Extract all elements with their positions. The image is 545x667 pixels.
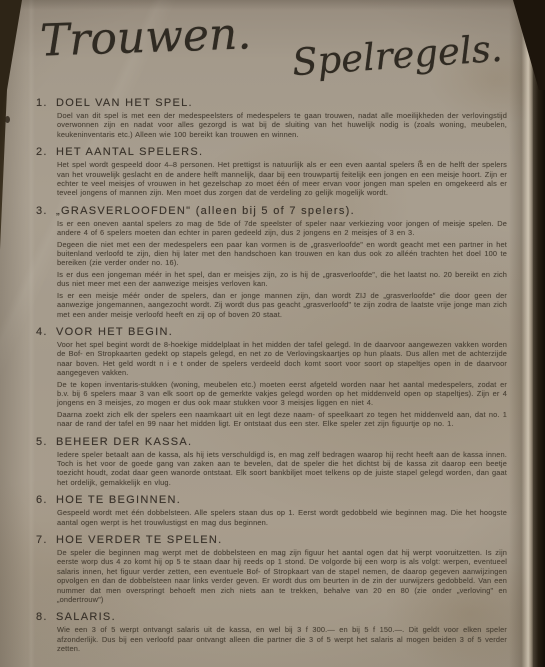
section-paragraph: Doel van dit spel is met een der medespe…	[57, 111, 507, 139]
section-doel: 1. DOEL VAN HET SPEL. Doel van dit spel …	[36, 97, 508, 139]
section-number: 8.	[36, 611, 51, 623]
section-number: 2.	[36, 146, 51, 158]
section-paragraph: Het spel wordt gespeeld door 4–8 persone…	[57, 160, 507, 198]
section-title: SALARIS.	[56, 611, 116, 623]
section-paragraph: Voor het spel begint wordt de 8-hoekige …	[57, 340, 507, 378]
photo-background: Trouwen. Spelregels. 1. DOEL VAN HET SPE…	[0, 0, 545, 667]
section-title: DOEL VAN HET SPEL.	[56, 97, 193, 109]
section-title: HOE VERDER TE SPELEN.	[56, 534, 222, 546]
section-number: 1.	[36, 97, 51, 109]
section-heading: 1. DOEL VAN HET SPEL.	[36, 97, 508, 109]
rules-title: Spelregels.	[291, 27, 504, 85]
section-heading: 8. SALARIS.	[36, 611, 508, 623]
section-paragraph: De speler die beginnen mag werpt met de …	[57, 548, 507, 604]
section-hoe-verder-spelen: 7. HOE VERDER TE SPELEN. De speler die b…	[36, 534, 508, 604]
section-number: 3.	[36, 205, 51, 217]
section-heading: 4. VOOR HET BEGIN.	[36, 326, 508, 338]
section-hoe-te-beginnen: 6. HOE TE BEGINNEN. Gespeeld wordt met é…	[36, 494, 508, 527]
section-title: VOOR HET BEGIN.	[56, 326, 173, 338]
section-paragraph: Gespeeld wordt met één dobbelsteen. Alle…	[57, 508, 507, 527]
section-number: 5.	[36, 436, 51, 448]
section-number: 4.	[36, 326, 51, 338]
section-voor-het-begin: 4. VOOR HET BEGIN. Voor het spel begint …	[36, 326, 508, 429]
section-paragraph: Iedere speler betaalt aan de kassa, als …	[57, 450, 507, 488]
section-paragraph: Is er dus een jongeman méér in het spel,…	[57, 270, 507, 289]
section-title: HOE TE BEGINNEN.	[56, 494, 181, 506]
section-title: „GRASVERLOOFDEN" (alleen bij 5 of 7 spel…	[56, 205, 355, 217]
section-heading: 2. HET AANTAL SPELERS.	[36, 146, 508, 158]
section-paragraph: Daarna zoekt zich elk der spelers een na…	[57, 410, 507, 429]
section-paragraph: De te kopen inventaris-stukken (woning, …	[57, 380, 507, 408]
section-heading: 6. HOE TE BEGINNEN.	[36, 494, 508, 506]
section-paragraph: Wie een 3 of 5 werpt ontvangt salaris ui…	[57, 625, 507, 653]
section-title: BEHEER DER KASSA.	[56, 436, 192, 448]
section-heading: 5. BEHEER DER KASSA.	[36, 436, 508, 448]
rules-page: Trouwen. Spelregels. 1. DOEL VAN HET SPE…	[0, 0, 533, 667]
section-grasverloofden: 3. „GRASVERLOOFDEN" (alleen bij 5 of 7 s…	[36, 205, 508, 319]
section-title: HET AANTAL SPELERS.	[56, 146, 203, 158]
photo-background-edge	[533, 0, 545, 667]
section-paragraph: Is er een meisje méér onder de spelers, …	[57, 291, 507, 319]
section-paragraph: Degeen die niet met een der medespelers …	[57, 240, 507, 268]
section-aantal-spelers: 2. HET AANTAL SPELERS. Het spel wordt ge…	[36, 146, 508, 198]
paper-stain-dot	[419, 160, 422, 163]
section-heading: 7. HOE VERDER TE SPELEN.	[36, 534, 508, 546]
section-beheer-kassa: 5. BEHEER DER KASSA. Iedere speler betaa…	[36, 436, 508, 488]
game-title: Trouwen.	[39, 8, 252, 66]
section-number: 7.	[36, 534, 51, 546]
section-heading: 3. „GRASVERLOOFDEN" (alleen bij 5 of 7 s…	[36, 205, 508, 217]
section-paragraph: Is er een oneven aantal spelers zo mag d…	[57, 219, 507, 238]
section-number: 6.	[36, 494, 51, 506]
rules-text-block: 1. DOEL VAN HET SPEL. Doel van dit spel …	[36, 90, 508, 656]
section-salaris: 8. SALARIS. Wie een 3 of 5 werpt ontvang…	[36, 611, 508, 653]
